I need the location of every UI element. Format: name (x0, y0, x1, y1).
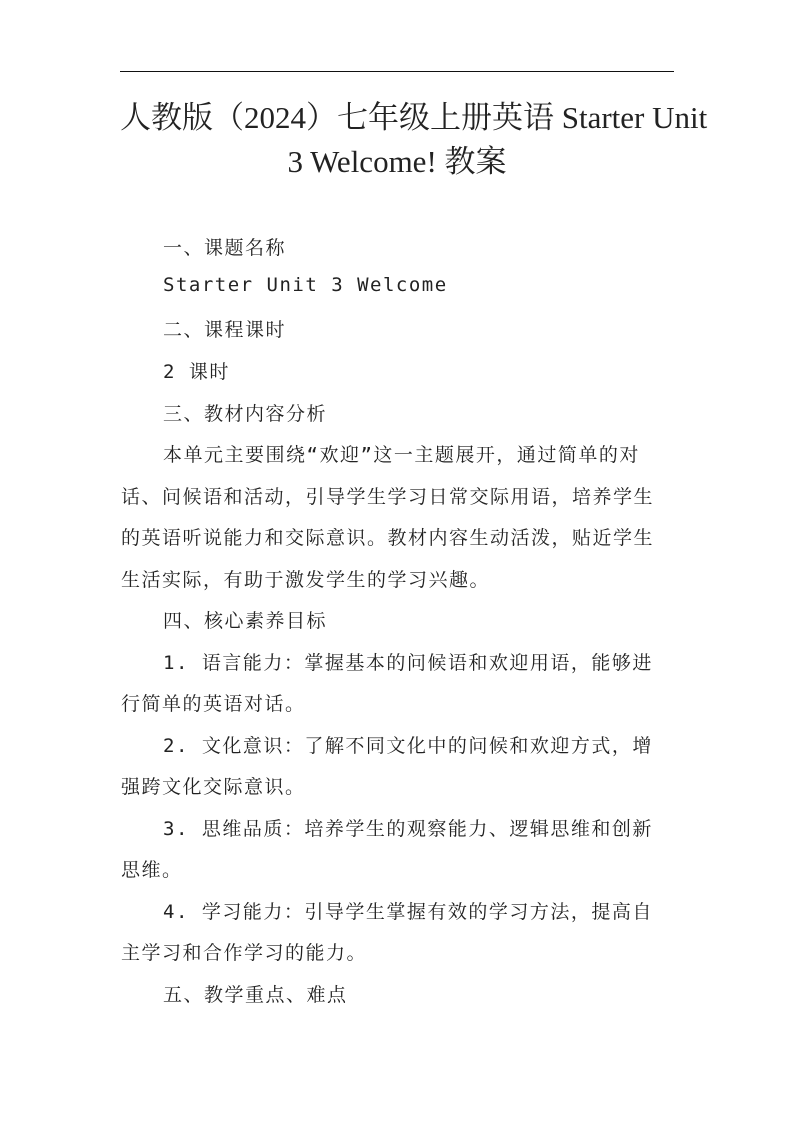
text-line: 五、教学重点、难点 (163, 980, 348, 1007)
text-line: 话、问候语和活动，引导学生学习日常交际用语，培养学生 (121, 482, 654, 509)
text-line: 四、核心素养目标 (163, 606, 327, 633)
text-line: 二、课程课时 (163, 315, 286, 342)
title-line-2: 3 Welcome! 教案 (120, 140, 674, 184)
text-line: 行简单的英语对话。 (121, 689, 306, 716)
text-line: 的英语听说能力和交际意识。教材内容生动活泼，贴近学生 (121, 523, 654, 550)
text-line: 思维。 (121, 855, 183, 882)
text-line: 一、课题名称 (163, 233, 286, 260)
text-line: 4. 学习能力：引导学生掌握有效的学习方法，提高自 (163, 897, 653, 924)
text-line: 3. 思维品质：培养学生的观察能力、逻辑思维和创新 (163, 814, 653, 841)
text-line: 2 课时 (163, 357, 230, 384)
text-line: 三、教材内容分析 (163, 399, 327, 426)
text-line: 强跨文化交际意识。 (121, 772, 306, 799)
document-page: 人教版（2024）七年级上册英语 Starter Unit 3 Welcome!… (0, 0, 793, 1122)
text-line: 1. 语言能力：掌握基本的问候语和欢迎用语，能够进 (163, 648, 653, 675)
document-title: 人教版（2024）七年级上册英语 Starter Unit 3 Welcome!… (120, 96, 674, 184)
text-line: 本单元主要围绕“欢迎”这一主题展开，通过简单的对 (163, 440, 640, 467)
title-line-1: 人教版（2024）七年级上册英语 Starter Unit (120, 96, 674, 140)
text-line: 生活实际，有助于激发学生的学习兴趣。 (121, 565, 490, 592)
text-line: Starter Unit 3 Welcome (163, 274, 448, 296)
text-line: 主学习和合作学习的能力。 (121, 938, 367, 965)
text-line: 2. 文化意识：了解不同文化中的问候和欢迎方式，增 (163, 731, 653, 758)
header-rule (120, 71, 674, 72)
